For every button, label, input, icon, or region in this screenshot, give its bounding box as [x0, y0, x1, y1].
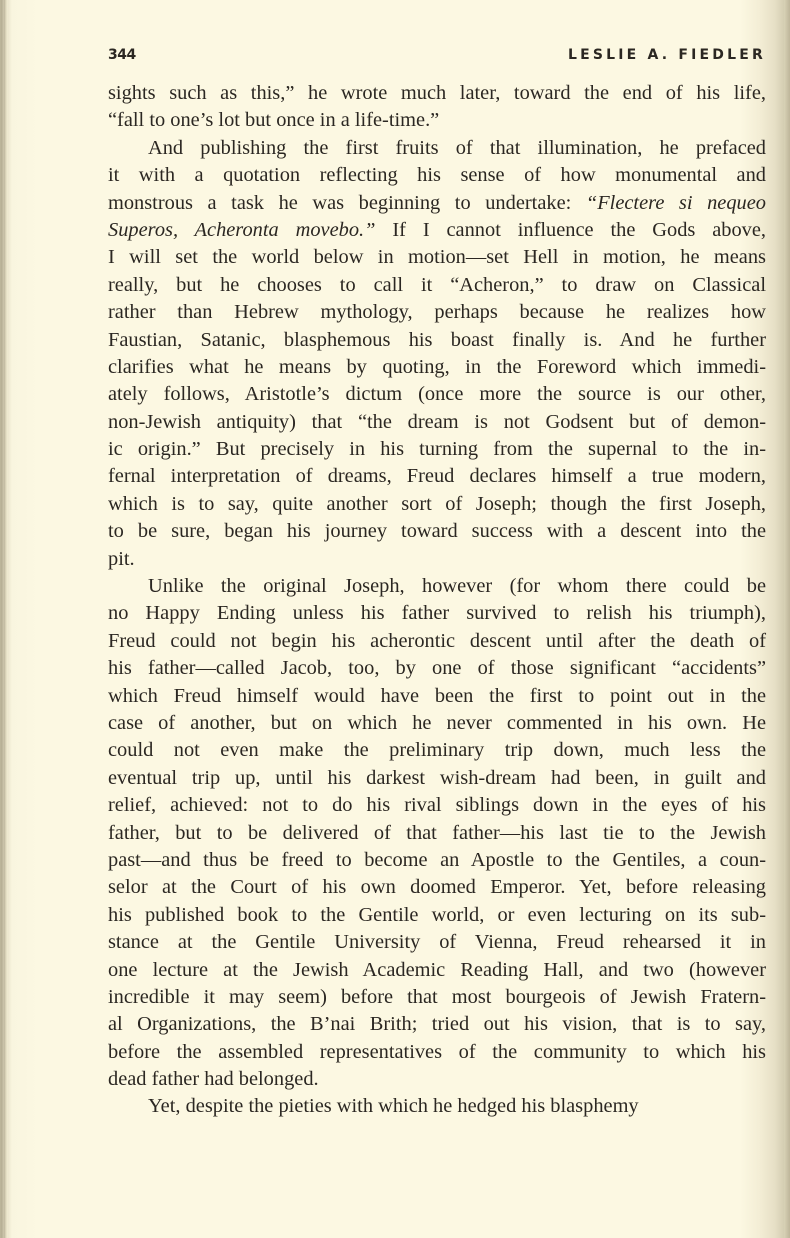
paragraph-start-line: Yet, despite the pieties with which he h… — [108, 1093, 766, 1120]
text-line: case of another, but on which he never c… — [108, 710, 766, 737]
text-line: relief, achieved: not to do his rival si… — [108, 792, 766, 819]
page-number: 344 — [108, 47, 136, 63]
text-line-with-latin-quote: Superos, Acheronta movebo.” If I cannot … — [108, 217, 766, 244]
paragraph-start-line: Unlike the original Joseph, however (for… — [108, 573, 766, 600]
book-page: 344 LESLIE A. FIEDLER sights such as thi… — [0, 0, 790, 1238]
text-line: his father—called Jacob, too, by one of … — [108, 655, 766, 682]
text-line: past—and thus be freed to become an Apos… — [108, 847, 766, 874]
text-line: sights such as this,” he wrote much late… — [108, 80, 766, 107]
text-line: dead father had belonged. — [108, 1066, 766, 1093]
text-line: ic origin.” But precisely in his turning… — [108, 436, 766, 463]
text-line: father, but to be delivered of that fath… — [108, 820, 766, 847]
running-header: 344 LESLIE A. FIEDLER — [108, 47, 766, 69]
text-line: rather than Hebrew mythology, perhaps be… — [108, 299, 766, 326]
latin-quotation: Superos, Acheronta movebo.” — [108, 219, 375, 241]
text-line: which Freud himself would have been the … — [108, 683, 766, 710]
text-line: eventual trip up, until his darkest wish… — [108, 765, 766, 792]
text-line: which is to say, quite another sort of J… — [108, 491, 766, 518]
text-line: his published book to the Gentile world,… — [108, 902, 766, 929]
text-line: could not even make the preliminary trip… — [108, 737, 766, 764]
text-line: selor at the Court of his own doomed Emp… — [108, 874, 766, 901]
text-line: one lecture at the Jewish Academic Readi… — [108, 957, 766, 984]
page-binding-edge — [0, 0, 8, 1238]
text-line: al Organizations, the B’nai Brith; tried… — [108, 1011, 766, 1038]
text-line: it with a quotation reflecting his sense… — [108, 162, 766, 189]
body-text: sights such as this,” he wrote much late… — [108, 80, 766, 1121]
running-head-author: LESLIE A. FIEDLER — [568, 47, 766, 63]
page-right-edge — [784, 0, 790, 1238]
text-line: to be sure, began his journey toward suc… — [108, 518, 766, 545]
text-line: ately follows, Aristotle’s dictum (once … — [108, 381, 766, 408]
text-line: no Happy Ending unless his father surviv… — [108, 600, 766, 627]
text-line: “fall to one’s lot but once in a life-ti… — [108, 107, 766, 134]
paragraph-start-line: And publishing the first fruits of that … — [108, 135, 766, 162]
text-line: Faustian, Satanic, blasphemous his boast… — [108, 327, 766, 354]
text-line: incredible it may seem) before that most… — [108, 984, 766, 1011]
text-line: fernal interpretation of dreams, Freud d… — [108, 463, 766, 490]
text-line: I will set the world below in motion—set… — [108, 244, 766, 271]
text-line-with-latin-quote: monstrous a task he was beginning to und… — [108, 190, 766, 217]
text-line: clarifies what he means by quoting, in t… — [108, 354, 766, 381]
text-line: before the assembled representatives of … — [108, 1039, 766, 1066]
text-fragment: monstrous a task he was beginning to und… — [108, 192, 586, 214]
text-line: stance at the Gentile University of Vien… — [108, 929, 766, 956]
text-fragment: If I cannot influence the Gods above, — [375, 219, 766, 241]
text-line: Freud could not begin his acherontic des… — [108, 628, 766, 655]
text-line: pit. — [108, 546, 766, 573]
latin-quotation: “Flectere si nequeo — [586, 192, 766, 214]
text-line: really, but he chooses to call it “Acher… — [108, 272, 766, 299]
text-line: non-Jewish antiquity) that “the dream is… — [108, 409, 766, 436]
